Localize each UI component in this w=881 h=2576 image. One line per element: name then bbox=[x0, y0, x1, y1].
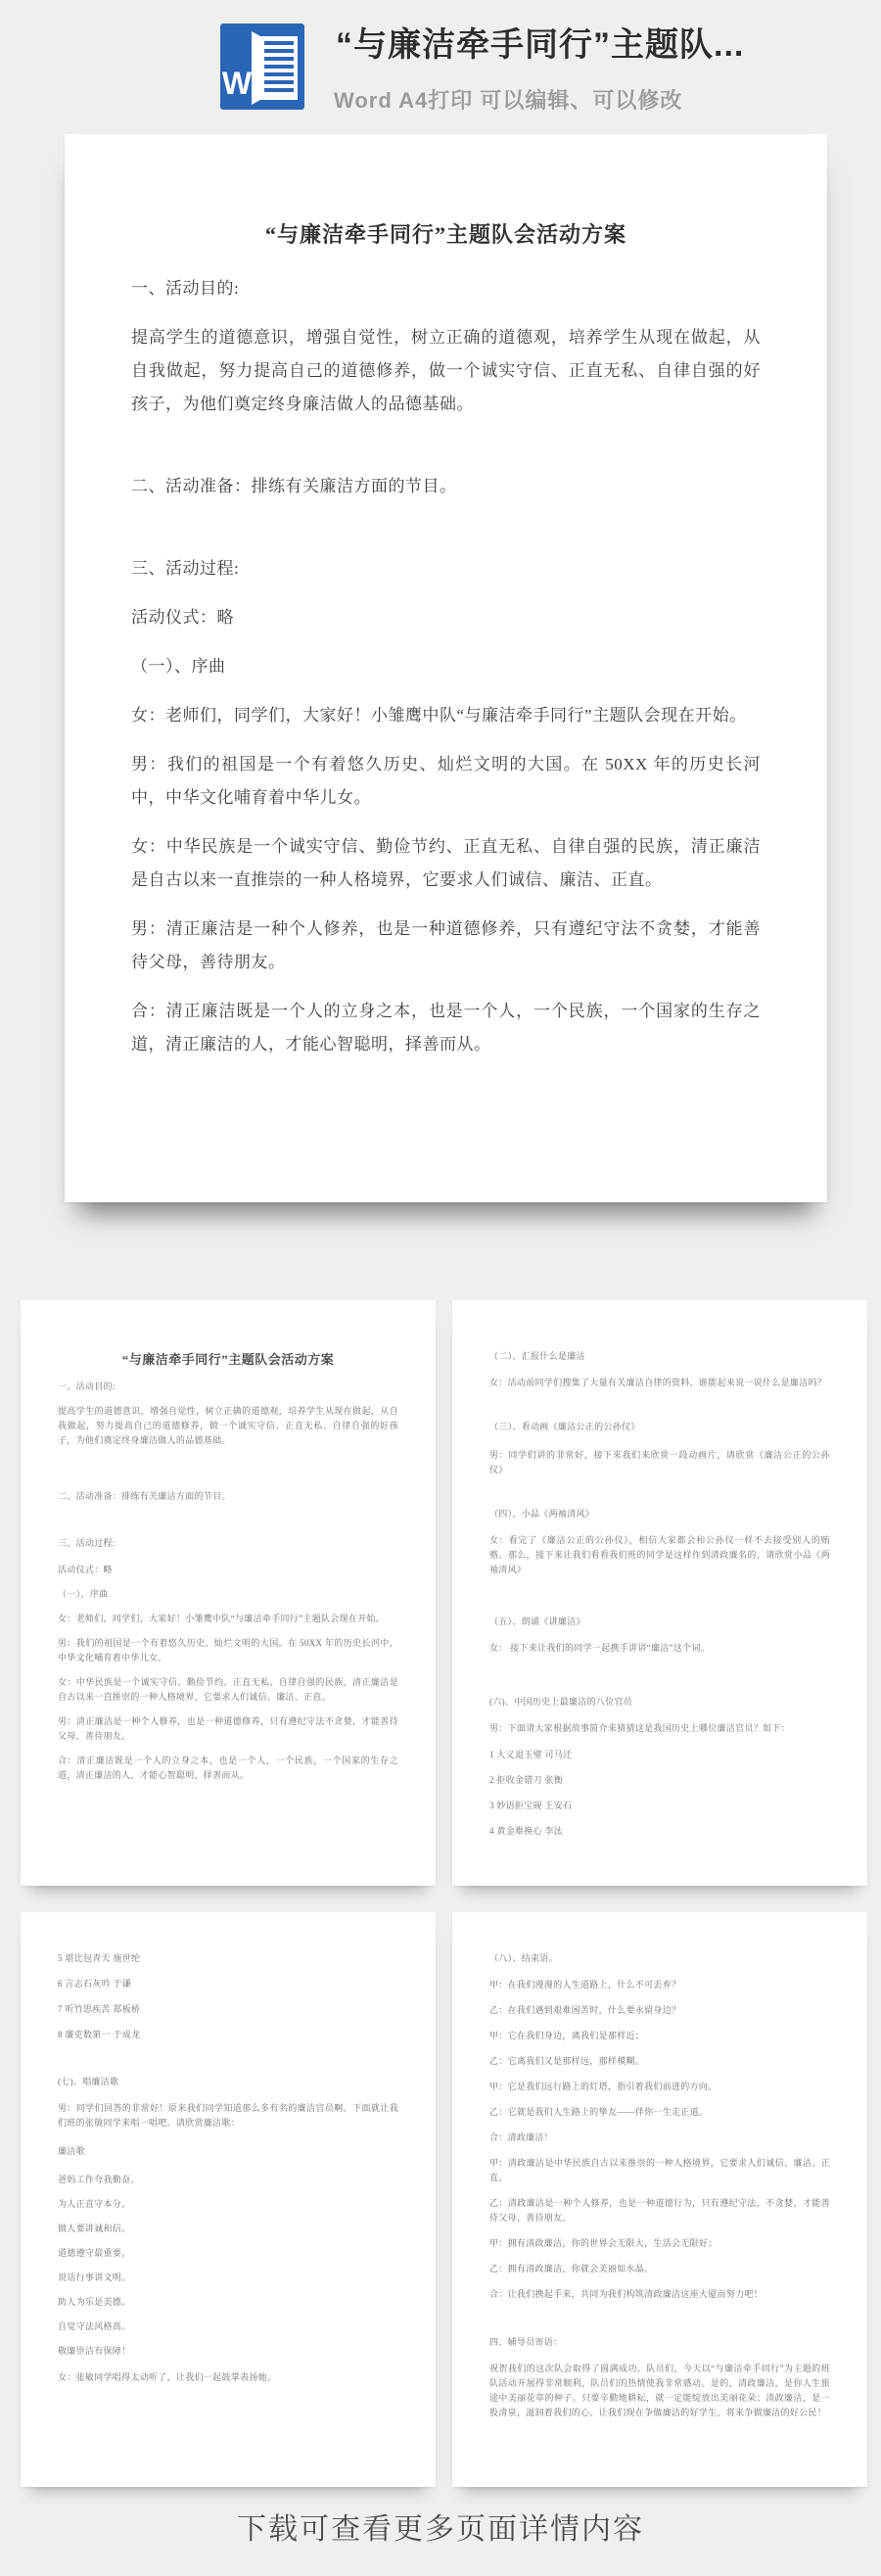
thumb-paragraph: 男：同学们讲的非常好，接下来我们来欣赏一段动画片，请欣赏《廉洁公正的公孙仪》 bbox=[489, 1448, 830, 1477]
page-thumbnail-2[interactable]: （二）、汇报什么是廉洁 女：活动前同学们搜集了大量有关廉洁自律的资料，谁能起来说… bbox=[452, 1300, 867, 1886]
thumb-song-line: 做人要讲诚和信。 bbox=[58, 2222, 398, 2236]
thumb-paragraph: 女：活动前同学们搜集了大量有关廉洁自律的资料，谁能起来说一说什么是廉洁吗？ bbox=[489, 1376, 830, 1390]
doc-paragraph: 提高学生的道德意识，增强自觉性，树立正确的道德观，培养学生从现在做起，从自我做起… bbox=[131, 321, 761, 421]
thumb-song-line: 为人正直守本分。 bbox=[58, 2197, 398, 2212]
doc-title: “与廉洁牵手同行”主题队会活动方案 bbox=[131, 218, 761, 249]
doc-paragraph: 女：中华民族是一个诚实守信、勤俭节约、正直无私、自律自强的民族，清正廉洁是自古以… bbox=[131, 830, 761, 897]
thumb-paragraph: (七)、唱廉洁歌 bbox=[58, 2075, 398, 2089]
thumb-list-item: 3 妙语拒宝砚 王安石 bbox=[489, 1799, 830, 1813]
doc-paragraph: 活动仪式：略 bbox=[131, 601, 761, 634]
thumb-paragraph: 乙：它就是我们人生路上的挚友——伴你一生走正道。 bbox=[489, 2105, 830, 2120]
download-hint-text: 下载可查看更多页面详情内容 bbox=[0, 2505, 881, 2548]
thumb-paragraph: 乙：在我们遇到艰难困苦时，什么要永留身边？ bbox=[489, 2003, 830, 2018]
thumb-paragraph: 女：看完了《廉洁公正的公孙仪》，相信大家都会和公孙仪一样不去接受别人的贿赂。那么… bbox=[489, 1533, 830, 1577]
thumb-paragraph: （三）、看动画《廉洁公正的公孙仪》 bbox=[489, 1420, 830, 1434]
thumb-list-item: 2 拒收金错刀 张衡 bbox=[489, 1773, 830, 1788]
thumb-paragraph: 女： 接下来让我们的同学一起携手讲讲“廉洁”这个词。 bbox=[489, 1641, 830, 1656]
thumb-paragraph: 乙：拥有清政廉洁，你就会美丽如水晶。 bbox=[489, 2262, 830, 2276]
thumb-paragraph: 男：清正廉洁是一种个人修养，也是一种道德修养，只有遵纪守法不贪婪，才能善待父母，… bbox=[58, 1714, 398, 1744]
thumb-song-line: 敬廉崇洁有保障！ bbox=[58, 2344, 398, 2359]
thumb-song-line: 道德遵守最重要。 bbox=[58, 2246, 398, 2261]
thumb-paragraph: 一、活动目的: bbox=[58, 1380, 398, 1394]
page-thumbnail-1[interactable]: “与廉洁牵手同行”主题队会活动方案 一、活动目的: 提高学生的道德意识，增强自觉… bbox=[21, 1300, 436, 1886]
page-thumbnail-4[interactable]: （八）、结束语。 甲：在我们漫漫的人生道路上，什么不可丢弃？ 乙：在我们遇到艰难… bbox=[452, 1912, 867, 2487]
thumb-paragraph: 甲：在我们漫漫的人生道路上，什么不可丢弃？ bbox=[489, 1978, 830, 1992]
thumb-paragraph: （八）、结束语。 bbox=[489, 1951, 830, 1966]
thumb-paragraph: 甲：清政廉洁是中华民族自古以来推崇的一种人格境界，它要求人们诚信、廉洁、正直。 bbox=[489, 2156, 830, 2185]
thumb-list-item: 5 堪比包青天 施世纶 bbox=[58, 1951, 398, 1966]
thumb-paragraph: 乙：它离我们又是那样远，那样模糊。 bbox=[489, 2054, 830, 2069]
doc-section-heading: 一、活动目的: bbox=[131, 272, 761, 305]
doc-paragraph: 合：清正廉洁既是一个人的立身之本，也是一个人，一个民族，一个国家的生存之道，清正… bbox=[131, 995, 761, 1061]
thumb-song-line: 爸妈工作夸我勤奋。 bbox=[58, 2173, 398, 2187]
word-file-icon: W bbox=[220, 23, 304, 110]
thumb-paragraph: 女：老师们，同学们，大家好！小雏鹰中队“与廉洁牵手同行”主题队会现在开始。 bbox=[58, 1612, 398, 1626]
thumb-song-title: 廉洁歌 bbox=[58, 2144, 398, 2159]
thumb-song-line: 自觉守法风格高。 bbox=[58, 2319, 398, 2334]
thumb-paragraph: （二）、汇报什么是廉洁 bbox=[489, 1349, 830, 1364]
document-preview-page-1: “与廉洁牵手同行”主题队会活动方案 一、活动目的: 提高学生的道德意识，增强自觉… bbox=[65, 134, 827, 1202]
thumb-list-item: 6 言志石灰吟 于谦 bbox=[58, 1977, 398, 1991]
thumb-paragraph: 二、活动准备：排练有关廉洁方面的节目。 bbox=[58, 1489, 398, 1504]
doc-paragraph: 男：清正廉洁是一种个人修养，也是一种道德修养，只有遵纪守法不贪婪，才能善待父母，… bbox=[131, 913, 761, 979]
doc-paragraph: 男：我们的祖国是一个有着悠久历史、灿烂文明的大国。在 50XX 年的历史长河中，… bbox=[131, 748, 761, 815]
thumb-paragraph: 女：中华民族是一个诚实守信、勤俭节约、正直无私、自律自强的民族，清正廉洁是自古以… bbox=[58, 1675, 398, 1705]
doc-paragraph: 女：老师们，同学们，大家好！小雏鹰中队“与廉洁牵手同行”主题队会现在开始。 bbox=[131, 699, 761, 732]
thumb-paragraph: （一）、序曲 bbox=[58, 1587, 398, 1602]
thumb-paragraph: 合：清政廉洁！ bbox=[489, 2131, 830, 2145]
thumb-paragraph: （四）、小品《两袖清风》 bbox=[489, 1507, 830, 1522]
thumb-paragraph: 甲：它在我们身边，离我们是那样近； bbox=[489, 2029, 830, 2043]
thumb-list-item: 1 大义退玉璧 司马迁 bbox=[489, 1748, 830, 1762]
thumb-paragraph: 女：张敏同学唱得太动听了，让我们一起鼓掌表扬她。 bbox=[58, 2370, 398, 2385]
doc-section-heading: （一）、序曲 bbox=[131, 650, 761, 683]
thumb-list-item: 8 廉吏数第一 于成龙 bbox=[58, 2028, 398, 2042]
thumb-paragraph: 祝贺我们的这次队会取得了圆满成功。队员们，今天以“与廉洁牵手同行”为主题的班队活… bbox=[489, 2362, 830, 2420]
thumb-paragraph: 三、活动过程: bbox=[58, 1536, 398, 1551]
thumb-paragraph: 乙：清政廉洁是一种个人修养，也是一种道德行为，只有遵纪守法，不贪婪，才能善待父母… bbox=[489, 2196, 830, 2225]
doc-section-heading: 三、活动过程: bbox=[131, 552, 761, 585]
thumb-song-line: 说话行事讲文明。 bbox=[58, 2271, 398, 2285]
thumb-paragraph: 男：我们的祖国是一个有着悠久历史、灿烂文明的大国。在 50XX 年的历史长河中，… bbox=[58, 1636, 398, 1665]
thumb-paragraph: 合：让我们携起手来，共同为我们构筑清政廉洁这座大厦而努力吧！ bbox=[489, 2287, 830, 2302]
thumb-paragraph: 四、辅导员寄语： bbox=[489, 2335, 830, 2350]
document-title: “与廉洁牵手同行”主题队... bbox=[336, 18, 747, 66]
thumb-paragraph: 男：同学们回答的非常好！原来我们同学知道那么多有名的廉洁官员啊。下面就让我们班的… bbox=[58, 2101, 398, 2131]
thumb-paragraph: 提高学生的道德意识，增强自觉性，树立正确的道德观，培养学生从现在做起，从自我做起… bbox=[58, 1404, 398, 1448]
thumb-song-line: 助人为乐是美德。 bbox=[58, 2295, 398, 2310]
thumb-paragraph: 甲：拥有清政廉洁，你的世界会无限大，生活会无限好； bbox=[489, 2236, 830, 2251]
doc-section-heading: 二、活动准备：排练有关廉洁方面的节目。 bbox=[131, 470, 761, 503]
document-subtitle: Word A4打印 可以编辑、可以修改 bbox=[334, 84, 682, 115]
thumb-list-item: 7 听竹思疾苦 郑板桥 bbox=[58, 2002, 398, 2017]
thumb-paragraph: 男：下面请大家根据故事简介来猜猜这是我国历史上哪位廉洁官员？如下： bbox=[489, 1721, 830, 1736]
thumb-paragraph: 活动仪式：略 bbox=[58, 1563, 398, 1577]
thumb-paragraph: （五）、朗诵《讲廉洁》 bbox=[489, 1615, 830, 1629]
thumb-paragraph: 合：清正廉洁既是一个人的立身之本，也是一个人，一个民族，一个国家的生存之道，清正… bbox=[58, 1754, 398, 1783]
thumb-paragraph: (六)、中国历史上最廉洁的八位官员 bbox=[489, 1695, 830, 1710]
thumb-list-item: 4 黄金难换心 李汰 bbox=[489, 1824, 830, 1839]
page-thumbnail-3[interactable]: 5 堪比包青天 施世纶 6 言志石灰吟 于谦 7 听竹思疾苦 郑板桥 8 廉吏数… bbox=[21, 1912, 436, 2487]
word-icon-letter: W bbox=[222, 66, 253, 101]
thumb-paragraph: 甲：它是我们远行路上的灯塔，指引着我们前进的方向。 bbox=[489, 2080, 830, 2094]
thumb-doc-title: “与廉洁牵手同行”主题队会活动方案 bbox=[58, 1349, 398, 1368]
